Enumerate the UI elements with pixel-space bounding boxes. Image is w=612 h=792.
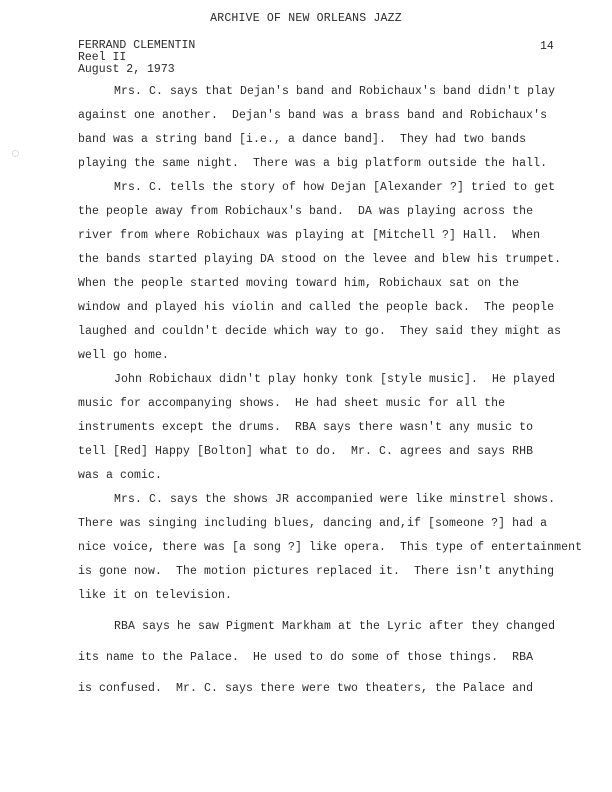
transcript-line: was a comic. — [78, 464, 612, 488]
transcript-line: Mrs. C. says that Dejan's band and Robic… — [78, 80, 612, 104]
transcript-line — [78, 670, 612, 677]
margin-mark — [12, 150, 19, 157]
transcript-line: its name to the Palace. He used to do so… — [78, 646, 612, 670]
transcript-line: nice voice, there was [a song ?] like op… — [78, 536, 612, 560]
transcript-line: is gone now. The motion pictures replace… — [78, 560, 612, 584]
transcript-line: RBA says he saw Pigment Markham at the L… — [78, 615, 612, 639]
transcript-line: river from where Robichaux was playing a… — [78, 224, 612, 248]
reel-label: Reel II — [78, 52, 126, 64]
transcript-line: tell [Red] Happy [Bolton] what to do. Mr… — [78, 440, 612, 464]
transcript-line: Mrs. C. says the shows JR accompanied we… — [78, 488, 612, 512]
transcript-line: Mrs. C. tells the story of how Dejan [Al… — [78, 176, 612, 200]
transcript-line: instruments except the drums. RBA says t… — [78, 416, 612, 440]
transcript-line: is confused. Mr. C. says there were two … — [78, 677, 612, 701]
transcript-line: John Robichaux didn't play honky tonk [s… — [78, 368, 612, 392]
transcript-line: music for accompanying shows. He had she… — [78, 392, 612, 416]
transcript-line: the bands started playing DA stood on th… — [78, 248, 612, 272]
transcript-line: band was a string band [i.e., a dance ba… — [78, 128, 612, 152]
transcript-line: window and played his violin and called … — [78, 296, 612, 320]
page-number: 14 — [540, 40, 554, 53]
transcript-line: the people away from Robichaux's band. D… — [78, 200, 612, 224]
archive-title: ARCHIVE OF NEW ORLEANS JAZZ — [0, 12, 612, 25]
interview-date: August 2, 1973 — [78, 64, 175, 76]
transcript-line: There was singing including blues, danci… — [78, 512, 612, 536]
transcript-line: playing the same night. There was a big … — [78, 152, 612, 176]
transcript-line: When the people started moving toward hi… — [78, 272, 612, 296]
interviewee-name: FERRAND CLEMENTIN — [78, 40, 195, 52]
transcript-body: Mrs. C. says that Dejan's band and Robic… — [78, 80, 612, 701]
transcript-line: laughed and couldn't decide which way to… — [78, 320, 612, 344]
transcript-line: well go home. — [78, 344, 612, 368]
transcript-line — [78, 639, 612, 646]
transcript-line — [78, 608, 612, 615]
transcript-line: like it on television. — [78, 584, 612, 608]
transcript-line: against one another. Dejan's band was a … — [78, 104, 612, 128]
